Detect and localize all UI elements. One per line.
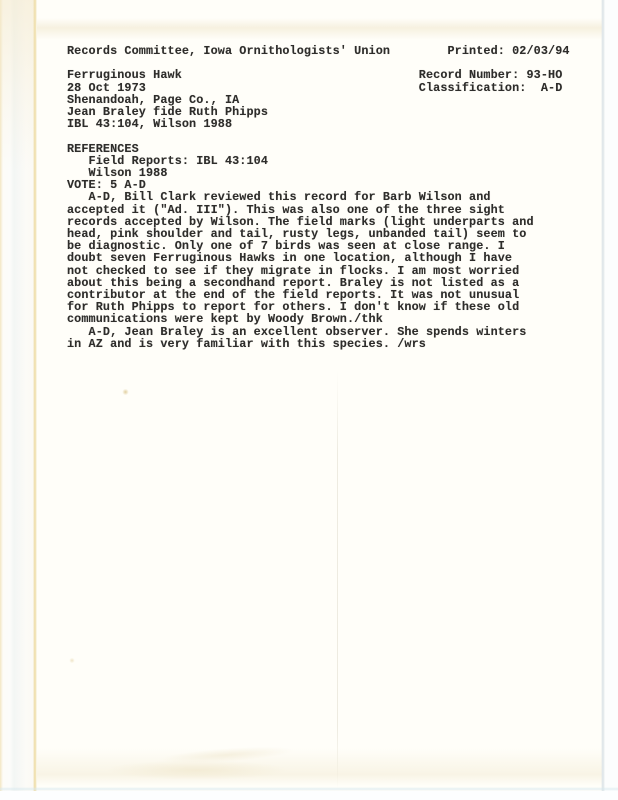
scan-bottom-margin [0,791,618,800]
typewritten-text: Records Committee, Iowa Ornithologists' … [67,45,570,350]
scan-right-margin [605,0,618,800]
scan-left-margin [0,0,34,800]
paper-bottom-shading [37,748,602,786]
paper-top-shading [37,18,602,40]
paper-speck [122,389,129,395]
scanned-document: Records Committee, Iowa Ornithologists' … [0,0,618,800]
paper-speck [69,658,75,663]
paper-crease [337,370,338,790]
